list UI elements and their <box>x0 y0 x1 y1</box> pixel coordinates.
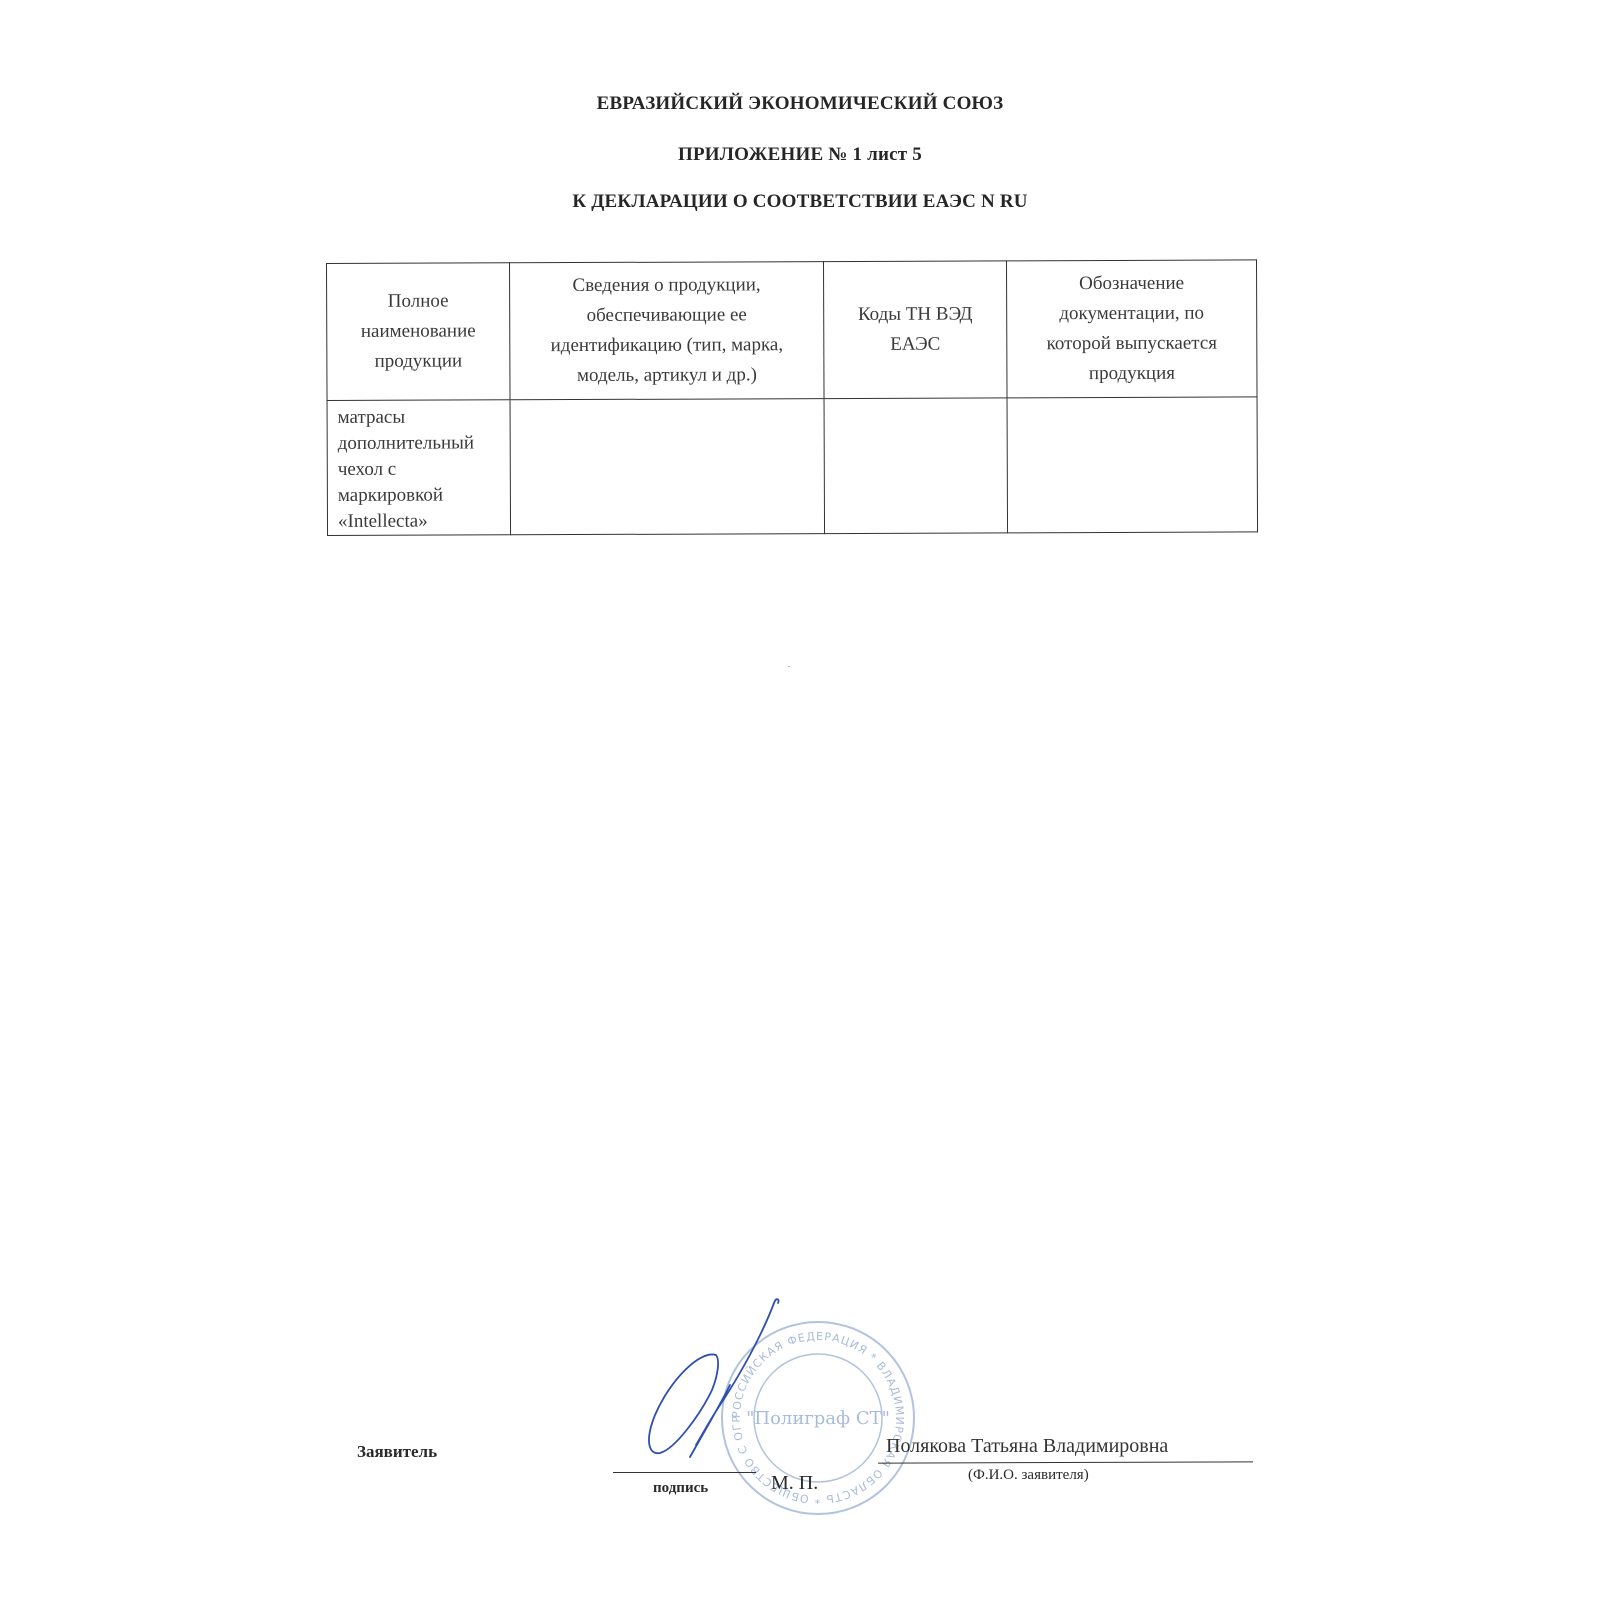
signature-caption: подпись <box>653 1480 708 1497</box>
applicant-label: Заявитель <box>357 1442 437 1462</box>
appendix-title: ПРИЛОЖЕНИЕ № 1 лист 5 <box>0 144 1600 166</box>
header-identification: Сведения о продукции,обеспечивающие ееид… <box>510 262 825 400</box>
signature-scribble <box>630 1295 790 1465</box>
declaration-title: К ДЕКЛАРАЦИИ О СООТВЕТСТВИИ ЕАЭС N RU <box>0 191 1600 213</box>
signature-line <box>613 1472 756 1473</box>
table-row: матрасыдополнительныйчехол смаркировкой«… <box>327 397 1258 536</box>
name-caption: (Ф.И.О. заявителя) <box>968 1467 1089 1484</box>
header-tn-ved-codes: Коды ТН ВЭДЕАЭС <box>823 261 1007 399</box>
cell-documentation <box>1007 397 1258 533</box>
header-documentation: Обозначениедокументации, покоторой выпус… <box>1006 260 1257 398</box>
union-title: ЕВРАЗИЙСКИЙ ЭКОНОМИЧЕСКИЙ СОЮЗ <box>0 93 1600 115</box>
applicant-name: Полякова Татьяна Владимировна <box>886 1435 1168 1458</box>
scan-speck <box>788 666 790 667</box>
name-line <box>878 1461 1253 1463</box>
stamp-caption: М. П. <box>771 1472 818 1495</box>
cell-identification <box>510 399 825 535</box>
header-product-name: Полноенаименованиепродукции <box>327 263 511 401</box>
table-header-row: Полноенаименованиепродукции Сведения о п… <box>327 260 1258 401</box>
cell-product-name: матрасыдополнительныйчехол смаркировкой«… <box>327 400 511 536</box>
cell-tn-ved-codes <box>824 398 1008 534</box>
products-table: Полноенаименованиепродукции Сведения о п… <box>326 259 1258 536</box>
